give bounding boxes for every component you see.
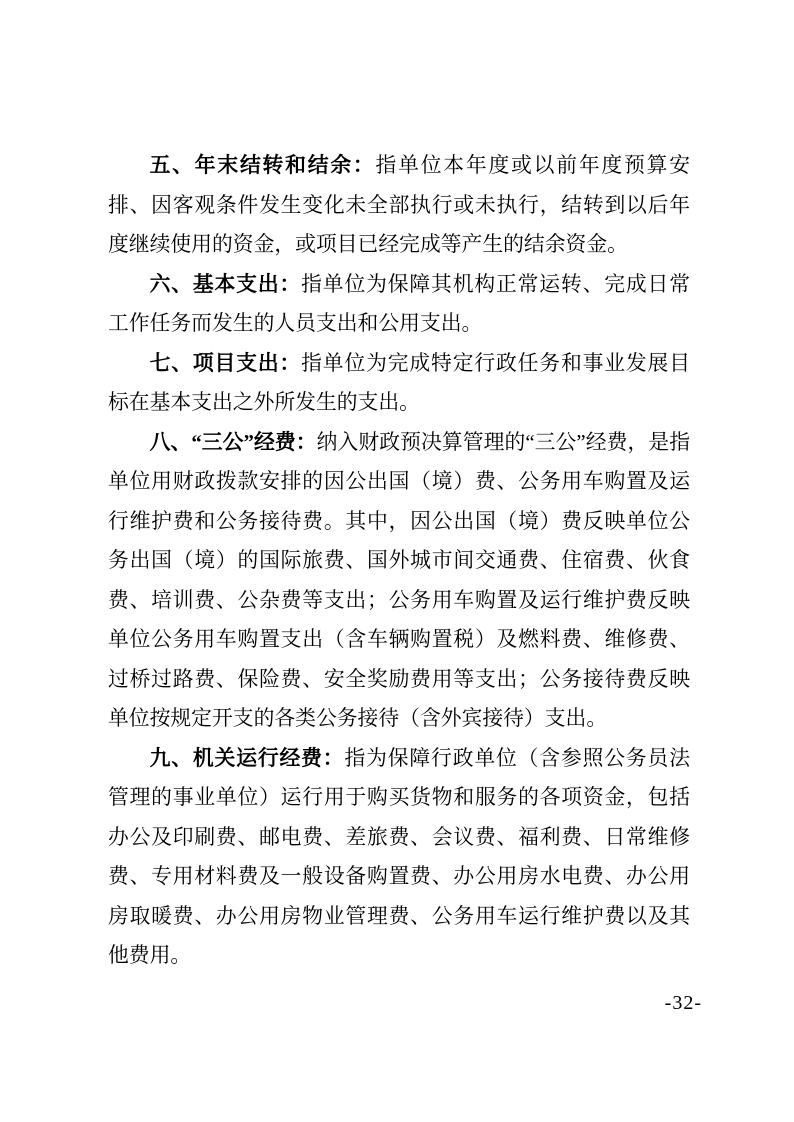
paragraph-heading: 九、机关运行经费： bbox=[150, 747, 345, 770]
paragraph-heading: 五、年末结转和结余： bbox=[150, 154, 376, 177]
paragraph-6-basic-expenditure: 六、基本支出：指单位为保障其机构正常运转、完成日常工作任务而发生的人员支出和公用… bbox=[108, 265, 690, 344]
paragraph-9-agency-operating-funds: 九、机关运行经费：指为保障行政单位（含参照公务员法管理的事业单位）运行用于购买货… bbox=[108, 739, 690, 976]
document-body: 五、年末结转和结余：指单位本年度或以前年度预算安排、因客观条件发生变化未全部执行… bbox=[108, 146, 690, 976]
document-page: 五、年末结转和结余：指单位本年度或以前年度预算安排、因客观条件发生变化未全部执行… bbox=[0, 0, 794, 1122]
paragraph-heading: 八、“三公”经费： bbox=[150, 431, 317, 454]
paragraph-heading: 六、基本支出： bbox=[150, 273, 302, 296]
page-number: -32- bbox=[665, 991, 702, 1015]
paragraph-text: 指为保障行政单位（含参照公务员法管理的事业单位）运行用于购买货物和服务的各项资金… bbox=[108, 747, 690, 968]
paragraph-text: 纳入财政预决算管理的“三公”经费，是指单位用财政拨款安排的因公出国（境）费、公务… bbox=[108, 431, 690, 731]
paragraph-5-year-end-carryover: 五、年末结转和结余：指单位本年度或以前年度预算安排、因客观条件发生变化未全部执行… bbox=[108, 146, 690, 265]
paragraph-7-project-expenditure: 七、项目支出：指单位为完成特定行政任务和事业发展目标在基本支出之外所发生的支出。 bbox=[108, 344, 690, 423]
paragraph-heading: 七、项目支出： bbox=[150, 352, 302, 375]
paragraph-8-three-public-funds: 八、“三公”经费：纳入财政预决算管理的“三公”经费，是指单位用财政拨款安排的因公… bbox=[108, 423, 690, 739]
